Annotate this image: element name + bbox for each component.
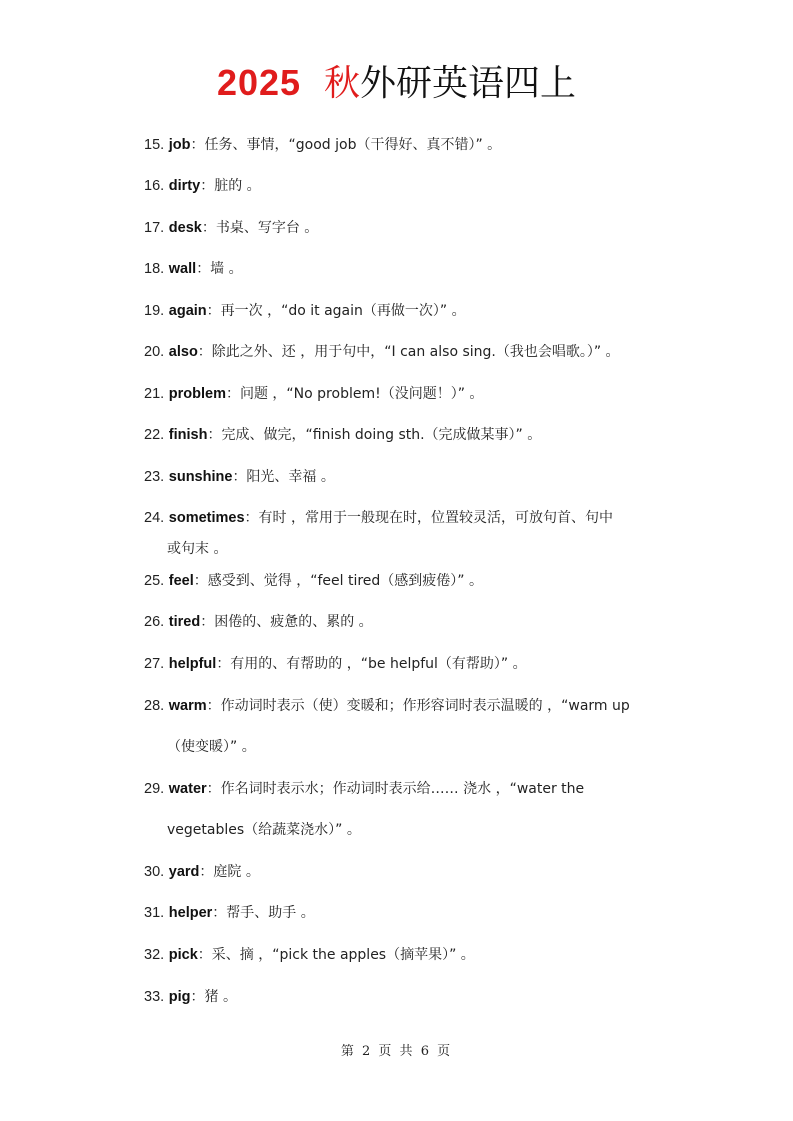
entry-continuation: （使变暖）” 。: [167, 737, 256, 757]
vocab-entry: 15. job：任务、事情，“good job（干得好、真不错）” 。: [144, 135, 501, 155]
entry-word: helper: [169, 905, 213, 921]
title-season: 秋: [324, 63, 360, 104]
vocab-entry: 32. pick：采、摘 ，“pick the apples（摘苹果）” 。: [144, 945, 475, 965]
entry-word: finish: [169, 427, 208, 443]
vocab-entry: 16. dirty：脏的 。: [144, 176, 261, 196]
entry-definition: ：阳光、幸福 。: [232, 469, 334, 485]
entry-number: 16.: [144, 178, 164, 194]
entry-continuation: 或句末 。: [167, 539, 227, 559]
entry-definition: ：再一次 ，“do it again（再做一次）” 。: [207, 303, 466, 319]
entry-number: 24.: [144, 510, 164, 526]
entry-word: problem: [169, 386, 226, 402]
title-subject: 外研英语四上: [360, 63, 576, 104]
entry-number: 30.: [144, 864, 164, 880]
entry-definition: ：任务、事情，“good job（干得好、真不错）” 。: [191, 137, 502, 153]
page-number-footer: 第 2 页 共 6 页: [0, 1040, 793, 1059]
vocab-entry: 19. again：再一次 ，“do it again（再做一次）” 。: [144, 301, 466, 321]
vocab-entry: 30. yard：庭院 。: [144, 862, 260, 882]
entry-definition: ：感受到、觉得 ，“feel tired（感到疲倦）” 。: [194, 573, 483, 589]
entry-definition: ：作动词时表示（使）变暖和；作形容词时表示温暖的 ，“warm up: [207, 698, 630, 714]
entry-word: pig: [169, 989, 191, 1005]
entry-definition: ：困倦的、疲惫的、累的 。: [200, 614, 372, 630]
entry-word: again: [169, 303, 207, 319]
entry-number: 21.: [144, 386, 164, 402]
entry-number: 29.: [144, 781, 164, 797]
vocab-entry: 17. desk：书桌、写字台 。: [144, 218, 318, 238]
vocab-entry: 28. warm：作动词时表示（使）变暖和；作形容词时表示温暖的 ，“warm …: [144, 696, 630, 716]
entry-number: 25.: [144, 573, 164, 589]
entry-word: yard: [169, 864, 200, 880]
vocab-entry: 21. problem：问题 ，“No problem!（没问题！）” 。: [144, 384, 483, 404]
vocab-entry: 33. pig：猪 。: [144, 987, 237, 1007]
entry-definition: ：问题 ，“No problem!（没问题！）” 。: [226, 386, 483, 402]
entry-number: 17.: [144, 220, 164, 236]
entry-word: desk: [169, 220, 202, 236]
vocab-entry: 24. sometimes：有时 ，常用于一般现在时，位置较灵活，可放句首、句中: [144, 508, 613, 528]
entry-word: pick: [169, 947, 198, 963]
entry-definition: ：有时 ，常用于一般现在时，位置较灵活，可放句首、句中: [245, 510, 613, 526]
entry-continuation: vegetables（给蔬菜浇水）” 。: [167, 820, 361, 840]
entry-definition: ：作名词时表示水；作动词时表示给…… 浇水 ，“water the: [207, 781, 584, 797]
entry-number: 31.: [144, 905, 164, 921]
entry-definition: ：除此之外、还 ，用于句中，“I can also sing.（我也会唱歌。）”…: [198, 344, 620, 360]
entry-word: helpful: [169, 656, 217, 672]
entry-word: dirty: [169, 178, 200, 194]
vocab-entry: 22. finish：完成、做完，“finish doing sth.（完成做某…: [144, 425, 541, 445]
entry-number: 33.: [144, 989, 164, 1005]
entry-number: 23.: [144, 469, 164, 485]
entry-definition: ：采、摘 ，“pick the apples（摘苹果）” 。: [198, 947, 475, 963]
entry-definition: ：庭院 。: [199, 864, 259, 880]
entry-word: job: [169, 137, 191, 153]
entry-number: 32.: [144, 947, 164, 963]
vocab-entry: 29. water：作名词时表示水；作动词时表示给…… 浇水 ，“water t…: [144, 779, 584, 799]
entry-word: water: [169, 781, 207, 797]
entry-word: warm: [169, 698, 207, 714]
entry-definition: ：帮手、助手 。: [212, 905, 314, 921]
entry-definition: ：墙 。: [196, 261, 242, 277]
entry-definition: ：脏的 。: [200, 178, 260, 194]
entry-number: 26.: [144, 614, 164, 630]
entry-word: tired: [169, 614, 200, 630]
entry-number: 19.: [144, 303, 164, 319]
title-year: 2025: [217, 62, 301, 103]
entry-definition: ：完成、做完，“finish doing sth.（完成做某事）” 。: [207, 427, 541, 443]
entry-number: 15.: [144, 137, 164, 153]
vocab-entry: 20. also：除此之外、还 ，用于句中，“I can also sing.（…: [144, 342, 620, 362]
entry-definition: ：书桌、写字台 。: [202, 220, 318, 236]
vocab-entry: 31. helper：帮手、助手 。: [144, 903, 315, 923]
entry-definition: ：猪 。: [191, 989, 237, 1005]
entry-word: wall: [169, 261, 196, 277]
entry-word: feel: [169, 573, 194, 589]
entry-number: 22.: [144, 427, 164, 443]
vocab-entry: 25. feel：感受到、觉得 ，“feel tired（感到疲倦）” 。: [144, 571, 483, 591]
vocab-entry: 23. sunshine：阳光、幸福 。: [144, 467, 335, 487]
entry-word: also: [169, 344, 198, 360]
vocab-entry: 18. wall：墙 。: [144, 259, 243, 279]
entry-word: sometimes: [169, 510, 245, 526]
vocab-entry: 27. helpful：有用的、有帮助的 ，“be helpful（有帮助）” …: [144, 654, 527, 674]
vocab-entry: 26. tired：困倦的、疲惫的、累的 。: [144, 612, 373, 632]
entry-word: sunshine: [169, 469, 233, 485]
entry-number: 20.: [144, 344, 164, 360]
page-title: 2025 秋外研英语四上: [0, 58, 793, 109]
entry-number: 27.: [144, 656, 164, 672]
entry-definition: ：有用的、有帮助的 ，“be helpful（有帮助）” 。: [216, 656, 526, 672]
entry-number: 18.: [144, 261, 164, 277]
entry-number: 28.: [144, 698, 164, 714]
